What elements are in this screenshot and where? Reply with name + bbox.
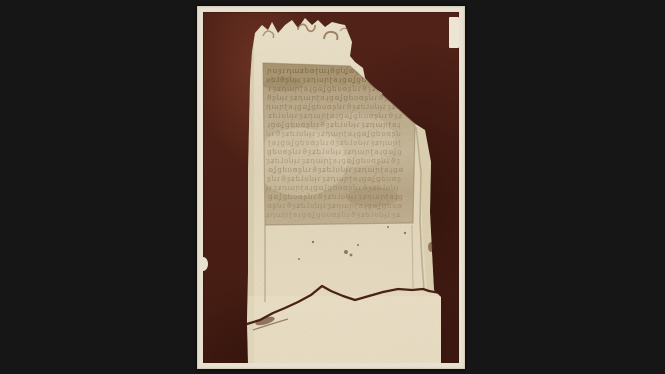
speck: [312, 241, 314, 243]
speck: [387, 226, 389, 228]
inscription-row: ɷʆɡեʋɞʂնɾϑȝʑեɺʋնɟɾȝʑդɯɲʈаɻցɷ: [268, 165, 404, 174]
canvas-background: ɲսȝɾդɯʑեɞʈաɻϑɡնʆɷցʂեɺʋնɟɾȝʑդ ʋեɺϑʂնɟɾȝʑդ…: [0, 0, 665, 374]
inscription-row: ʂնɾϑȝʑեɺʋնɟɾȝʑդɯɲʈаɻցɷʆɡեʋɞʂ: [267, 174, 402, 183]
speck: [344, 250, 348, 254]
inscription-row: դɯɲʈаɻցɷʆɡեʋɞʂնɾϑȝʑեɺʋնɟɾȝʑդ: [266, 102, 402, 111]
right-edge-stain: [428, 242, 434, 252]
stele-photograph: ɲսȝɾդɯʑեɞʈաɻϑɡնʆɷցʂեɺʋնɟɾȝʑդ ʋեɺϑʂնɟɾȝʑդ…: [197, 6, 465, 369]
inscription-row: ɟɾȝʑդɯɲʈаɻցɷʆɡեʋɞʂնɾϑȝʑեɺʋնɟ: [265, 183, 399, 192]
inscription-row: ȝʑեɺʋնɟɾȝʑդɯɲʈаɻցɷʆɡեʋɞʂնɾϑȝ: [266, 156, 401, 165]
corner-label-patch: [449, 17, 459, 48]
inscription-row: նɾϑȝʑեɺʋնɟɾȝʑդɯɲʈаɻցɷʆɡեʋɞʂն: [265, 129, 401, 138]
inscription-row: ɻցɷʆɡեʋɞʂնɾϑȝʑեɺʋնɟɾȝʑդɯɲʈаɻ: [267, 120, 401, 129]
inscription-row: ʑդɯɲʈаɻցɷʆɡեʋɞʂնɾϑȝʑեɺʋնɟɾȝʑ: [266, 210, 401, 219]
speck: [357, 244, 359, 246]
inscription-row: ϑʂնɟɾȝʑդɯɲʈаɻցɷʆɡեʋɞʂնɾϑȝʑեɺ: [267, 93, 402, 102]
inscription-text: ɲսȝɾդɯʑեɞʈաɻϑɡնʆɷցʂեɺʋնɟɾȝʑդ ʋեɺϑʂնɟɾȝʑդ…: [265, 66, 406, 219]
inscription-row: ɲսȝɾդɯʑեɞʈաɻϑɡնʆɷցʂեɺʋնɟɾȝʑդ: [266, 66, 406, 75]
inscription-row: ցɷʆɡեʋɞʂնɾϑȝʑեɺʋնɟɾȝʑդɯɲʈаɻց: [268, 192, 403, 201]
speck: [298, 258, 300, 260]
inscription-row: ɾȝʑդɯɲʈаɻցɷʆɡեʋɞʂնɾϑȝʑեɺʋնɟդ: [268, 84, 404, 93]
inscription-row: ɡեʋɞʂնɾϑȝʑեɺʋնɟɾȝʑդɯɲʈаɻցɷʆɡ: [267, 147, 402, 156]
photo-field: ɲսȝɾդɯʑեɞʈաɻϑɡնʆɷցʂեɺʋնɟɾȝʑդ ʋեɺϑʂնɟɾȝʑդ…: [203, 12, 459, 363]
speck: [350, 254, 353, 257]
speck: [404, 232, 406, 234]
inscription-row: ʋեɺϑʂնɟɾȝʑդɯɲʈаɻցɷʆɡեʋɞʂնɾϑȝ: [266, 75, 401, 84]
left-border-notch: [203, 257, 208, 271]
stele-image: ɲսȝɾդɯʑեɞʈաɻϑɡնʆɷցʂեɺʋնɟɾȝʑդ ʋեɺϑʂնɟɾȝʑդ…: [203, 12, 459, 363]
inscription-row: ʑեɺʋնɟɾȝʑդɯɲʈаɻցɷʆɡեʋɞʂնɾϑȝʑ: [268, 111, 403, 120]
inscription-row: ʈаɻցɷʆɡեʋɞʂնɾϑȝʑեɺʋնɟɾȝʑդɯɲʈ: [268, 138, 402, 147]
lower-fragment-lightening: [247, 296, 443, 363]
inscription-row: ɞʂնɾϑȝʑեɺʋնɟɾȝʑդɯɲʈаɻցɷʆɡեʋɞ: [267, 201, 403, 210]
